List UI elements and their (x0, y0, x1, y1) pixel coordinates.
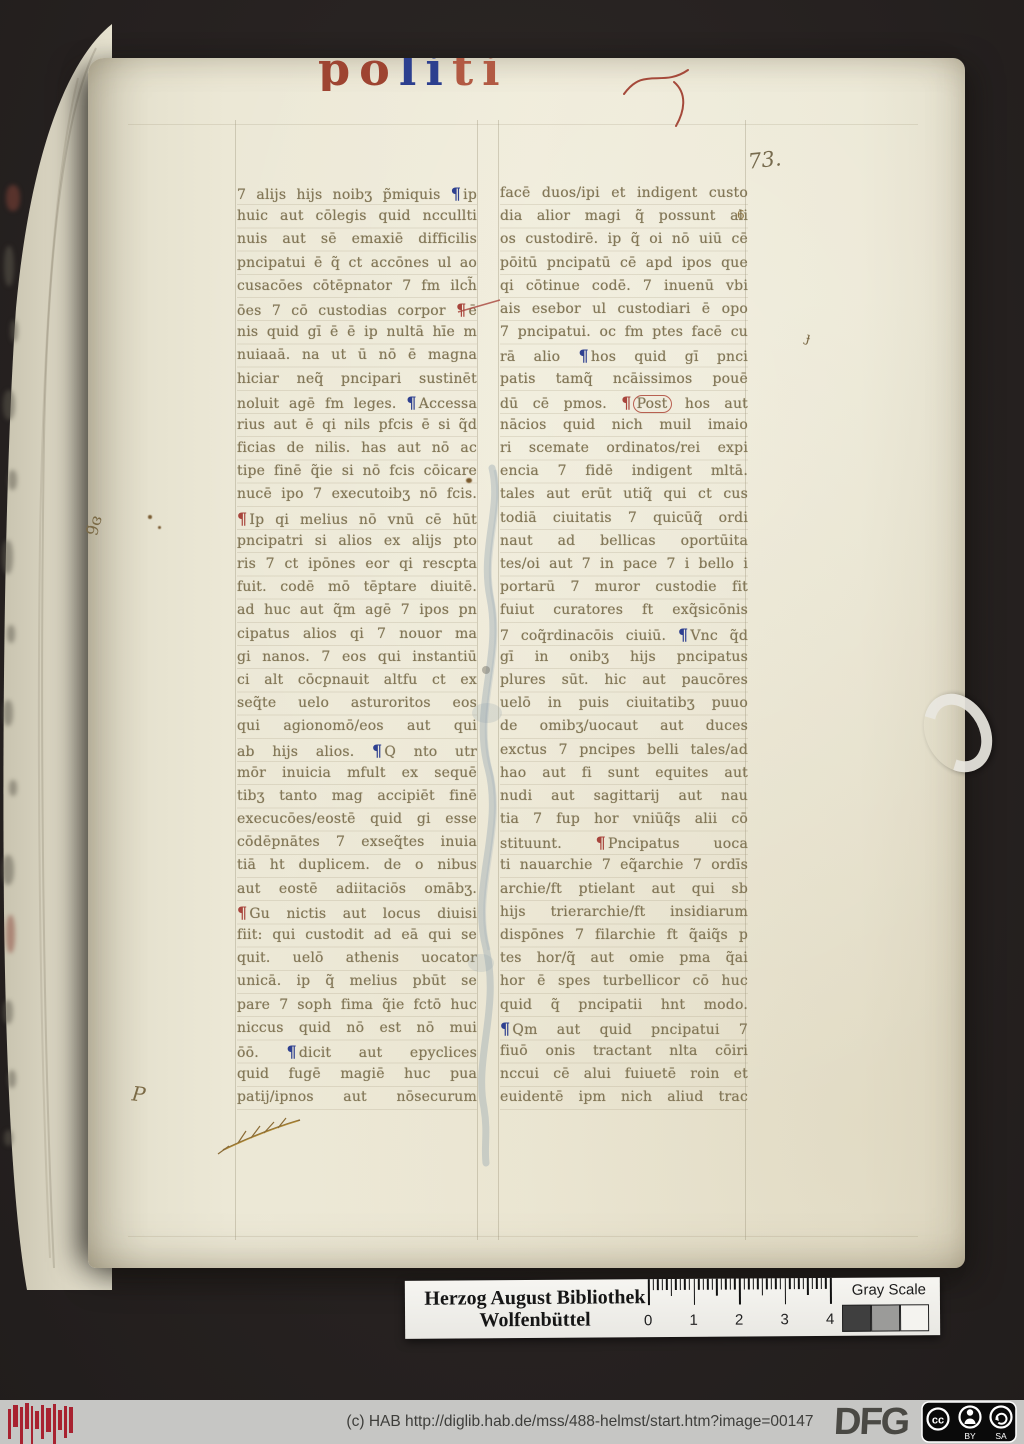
text-line: ti nauarchie 7 eq̃archie 7 ordīs (500, 854, 748, 877)
text-line: pōitū pncipatū cē apd ipos que (500, 252, 748, 275)
text-line: tibʒ tanto mag accipiēt finē (237, 785, 477, 808)
pilcrow-blue-icon: ¶ (578, 346, 590, 365)
text-line: quit. uelō athenis uocator (237, 947, 477, 970)
ruler-number: 0 (641, 1312, 655, 1329)
text-line: exctus 7 pncipes belli tales/ad (500, 739, 748, 762)
text-line: facē duos/ipi et indigent custo (500, 182, 748, 205)
text-line: ad huc aut q̃m agē 7 ipos pn (237, 599, 477, 622)
gray-swatch (842, 1305, 871, 1332)
text-line: plures sūt. hic aut paucōres (500, 669, 748, 692)
text-line: rius aut ē qi nils pfcis ē si q̃d (237, 414, 477, 437)
running-title: politi (318, 58, 658, 91)
right-margin-mark: ɟ (804, 330, 812, 347)
text-column-right: facē duos/ipi et indigent custodia alior… (500, 182, 748, 1110)
text-line: hao aut fi sunt equites aut (500, 762, 748, 785)
text-line: nudi aut sagittarij aut nau (500, 785, 748, 808)
ruler-ticks: 01234 (405, 1277, 940, 1281)
text-line: tes/oi aut 7 in pace 7 i bello i (500, 553, 748, 576)
text-line: qui agionomō/eos aut qui (237, 715, 477, 738)
text-line: niccus quid nō est nō mui (237, 1017, 477, 1040)
ruler-number: 2 (732, 1311, 746, 1328)
text-line: ab hijs alios. ¶Q nto utr (237, 739, 477, 762)
text-line: fiit: qui custodit ad eā qui se (237, 924, 477, 947)
text-column-left: 7 alijs hijs noibʒ p̃miquis ¶iphuic aut … (237, 182, 477, 1110)
text-line: nuis aut sē emaxiē difficilis (237, 228, 477, 251)
text-line: patis tamq̃ ncāissimos pouē (500, 368, 748, 391)
text-line: ¶Qm aut quid pncipatui 7 (500, 1017, 748, 1040)
running-title-letter: t (452, 58, 482, 91)
svg-text:cc: cc (932, 1415, 944, 1427)
text-line: quid fugē magiē huc pua (237, 1063, 477, 1086)
manuscript-page: politi 73. 7 alijs hijs noibʒ p̃miquis ¶… (88, 58, 965, 1268)
text-line: ri scemate ordinatos/rei expi (500, 437, 748, 460)
text-line: euidentē ipm nich aliud trac (500, 1086, 748, 1109)
ruler-number: 1 (687, 1312, 701, 1329)
text-line: ficias de nilis. has aut nō ac (237, 437, 477, 460)
line-end-mark: 6 (737, 208, 745, 222)
pilcrow-blue-icon: ¶ (286, 1042, 298, 1061)
running-title-letter: l (399, 58, 425, 91)
text-line: cusacōes cōtēpnator 7 fm ilch̃ (237, 275, 477, 298)
text-line: pare 7 soph fima q̃ie fctō huc (237, 994, 477, 1017)
text-line: archie/ft ptielant aut qui sb (500, 878, 748, 901)
pilcrow-blue-icon: ¶ (406, 393, 418, 412)
text-line: nucē ipo 7 executoibʒ nō fcis. (237, 483, 477, 506)
text-line: ōes 7 cō custodias corpor ¶ē (237, 298, 477, 321)
text-line: uelō in puis ciuitatibʒ puuo (500, 692, 748, 715)
text-line: rā alio ¶hos quid gī pnci (500, 344, 748, 367)
text-line: ris 7 ct ipōnes eor qi rescpta (237, 553, 477, 576)
text-line: naut ad bellicas oportūita (500, 530, 748, 553)
gray-scale-label: Gray Scale (841, 1281, 937, 1299)
text-line: nis quid gī ē ē ip nultā hīe m (237, 321, 477, 344)
text-line: 7 alijs hijs noibʒ p̃miquis ¶ip (237, 182, 477, 205)
ruling-line (235, 120, 236, 1240)
text-line: tales aut erūt utiq̃ qui ct cus (500, 483, 748, 506)
text-line: pncipatui ē q̃ ct accōnes ul ao (237, 252, 477, 275)
ruler-number: 4 (823, 1311, 837, 1328)
text-line: fuit. codē mō tēptare diuitē. (237, 576, 477, 599)
cc-by-sa-badge: cc BY SA (921, 1401, 1017, 1444)
ink-speck (158, 526, 161, 529)
institution-line2: Wolfenbüttel (415, 1308, 655, 1332)
red-highlight-box: Post (634, 396, 671, 412)
text-line: stituunt. ¶Pncipatus uoca (500, 831, 748, 854)
feather-flourish (218, 1118, 286, 1154)
text-line: ais esebor ul custodiari ē opo (500, 298, 748, 321)
text-line: tia 7 fup hor vniūq̃s alii cō (500, 808, 748, 831)
text-line: ōō. ¶dicit aut epyclices (237, 1040, 477, 1063)
text-line: todiā ciuitatis 7 quicūq̃ ordi (500, 507, 748, 530)
pilcrow-blue-icon: ¶ (372, 741, 384, 760)
text-line: quid q̃ pncipatii hnt modo. (500, 994, 748, 1017)
pilcrow-red-icon: ¶ (456, 300, 468, 319)
folio-number: 73. (747, 146, 783, 173)
institution-line1: Herzog August Bibliothek (415, 1286, 655, 1310)
bottom-margin-mark: P (131, 1081, 147, 1106)
text-line: dū cē pmos. ¶Post hos aut (500, 391, 748, 414)
text-line: dispōnes 7 filarchie ft q̃aiq̃s p (500, 924, 748, 947)
text-line: cipatus alios qi 7 nouor ma (237, 623, 477, 646)
text-line: gī in onibʒ hijs pncipatus (500, 646, 748, 669)
text-line: gi nanos. 7 eos qui instantiū (237, 646, 477, 669)
text-line: nccui cē alui fuiuetē roin et (500, 1063, 748, 1086)
text-line: os custodirē. ip q̃ oi nō uiū cē (500, 228, 748, 251)
text-line: execucōes/eostē quid gi esse (237, 808, 477, 831)
text-line: qi cōtinue codē. 7 inuenū vbi (500, 275, 748, 298)
text-line: 7 pncipatui. oc fm ptes facē cu (500, 321, 748, 344)
reference-scale-strip: Herzog August Bibliothek Wolfenbüttel 01… (405, 1277, 940, 1339)
text-line: de omibʒ/uocaut aut duces (500, 715, 748, 738)
text-line: hiciar neq̃ pncipari sustinēt (237, 368, 477, 391)
text-line: noluit agē fm leges. ¶Accessa (237, 391, 477, 414)
svg-text:SA: SA (995, 1431, 1007, 1441)
text-line: hijs trierarchie/ft insidiarum (500, 901, 748, 924)
text-line: nuiaaā. na ut ū nō ē magna (237, 344, 477, 367)
text-line: ci alt cōcpnauit altfu ct ex (237, 669, 477, 692)
gray-swatch (900, 1304, 929, 1331)
text-line: huic aut cōlegis quid nccullti (237, 205, 477, 228)
ruling-line (128, 1236, 918, 1237)
text-line: tiā ht duplicem. de o nibus (237, 854, 477, 877)
pilcrow-blue-icon: ¶ (500, 1019, 512, 1038)
text-line: patij/ipnos aut nōsecurum (237, 1086, 477, 1109)
text-line: aut eostē adiitaciōs omābʒ. (237, 878, 477, 901)
text-line: seq̃te uelo asturoritos eos (237, 692, 477, 715)
text-line: nācios quid nich muil imaio (500, 414, 748, 437)
text-line: ¶Gu nictis aut locus diuisi (237, 901, 477, 924)
running-title-letter: p (318, 58, 359, 91)
running-title-letter: i (482, 58, 508, 91)
ruling-line (498, 120, 499, 1240)
text-line: portarū 7 muror custodie fit (500, 576, 748, 599)
text-line: encia 7 fidē indigent mltā. (500, 460, 748, 483)
running-title-letter: i (425, 58, 451, 91)
running-title-letter: o (359, 58, 399, 91)
institution-label: Herzog August Bibliothek Wolfenbüttel (415, 1286, 655, 1332)
pilcrow-red-icon: ¶ (237, 509, 249, 528)
text-line: unicā. ip q̃ melius pbūt se (237, 970, 477, 993)
text-line: cōdēpnātes 7 exseq̃tes inuia (237, 831, 477, 854)
text-line: fiuō onis tractant nlta cōiri (500, 1040, 748, 1063)
ruling-line (128, 124, 918, 125)
text-line: dia alior magi q̃ possunt ali (500, 205, 748, 228)
text-line: fuiut curatores ft exq̃sicōnis (500, 599, 748, 622)
pilcrow-blue-icon: ¶ (678, 625, 690, 644)
text-line: ¶Ip qi melius nō vnū cē hūt (237, 507, 477, 530)
pilcrow-red-icon: ¶ (237, 903, 249, 922)
pilcrow-blue-icon: ¶ (451, 184, 463, 203)
svg-text:BY: BY (964, 1431, 976, 1441)
text-line: tipe finē q̃ie si nō fcis cōicare (237, 460, 477, 483)
text-line: tes hor/q̃ aut omie pma q̃ai (500, 947, 748, 970)
ink-blot (466, 478, 472, 483)
caption-bar: (c) HAB http://diglib.hab.de/mss/488-hel… (0, 1400, 1024, 1444)
text-line: hor ē spes turbellicor cō huc (500, 970, 748, 993)
ink-speck (148, 515, 152, 519)
pilcrow-red-icon: ¶ (596, 833, 608, 852)
ruling-line (477, 120, 478, 1240)
digitized-manuscript-photo: politi 73. 7 alijs hijs noibʒ p̃miquis ¶… (0, 0, 1024, 1444)
text-line: 7 coq̃rdinacōis ciuiū. ¶Vnc q̃d (500, 623, 748, 646)
gray-swatch (871, 1304, 900, 1331)
text-line: mōr inuicia mfult ex sequē (237, 762, 477, 785)
ruler-number: 3 (778, 1311, 792, 1328)
dfg-logo: DFG (833, 1401, 909, 1443)
gray-scale-swatches (405, 1277, 940, 1281)
pilcrow-red-icon: ¶ (621, 393, 633, 412)
text-line: pncipatri si alios ex alijs pto (237, 530, 477, 553)
